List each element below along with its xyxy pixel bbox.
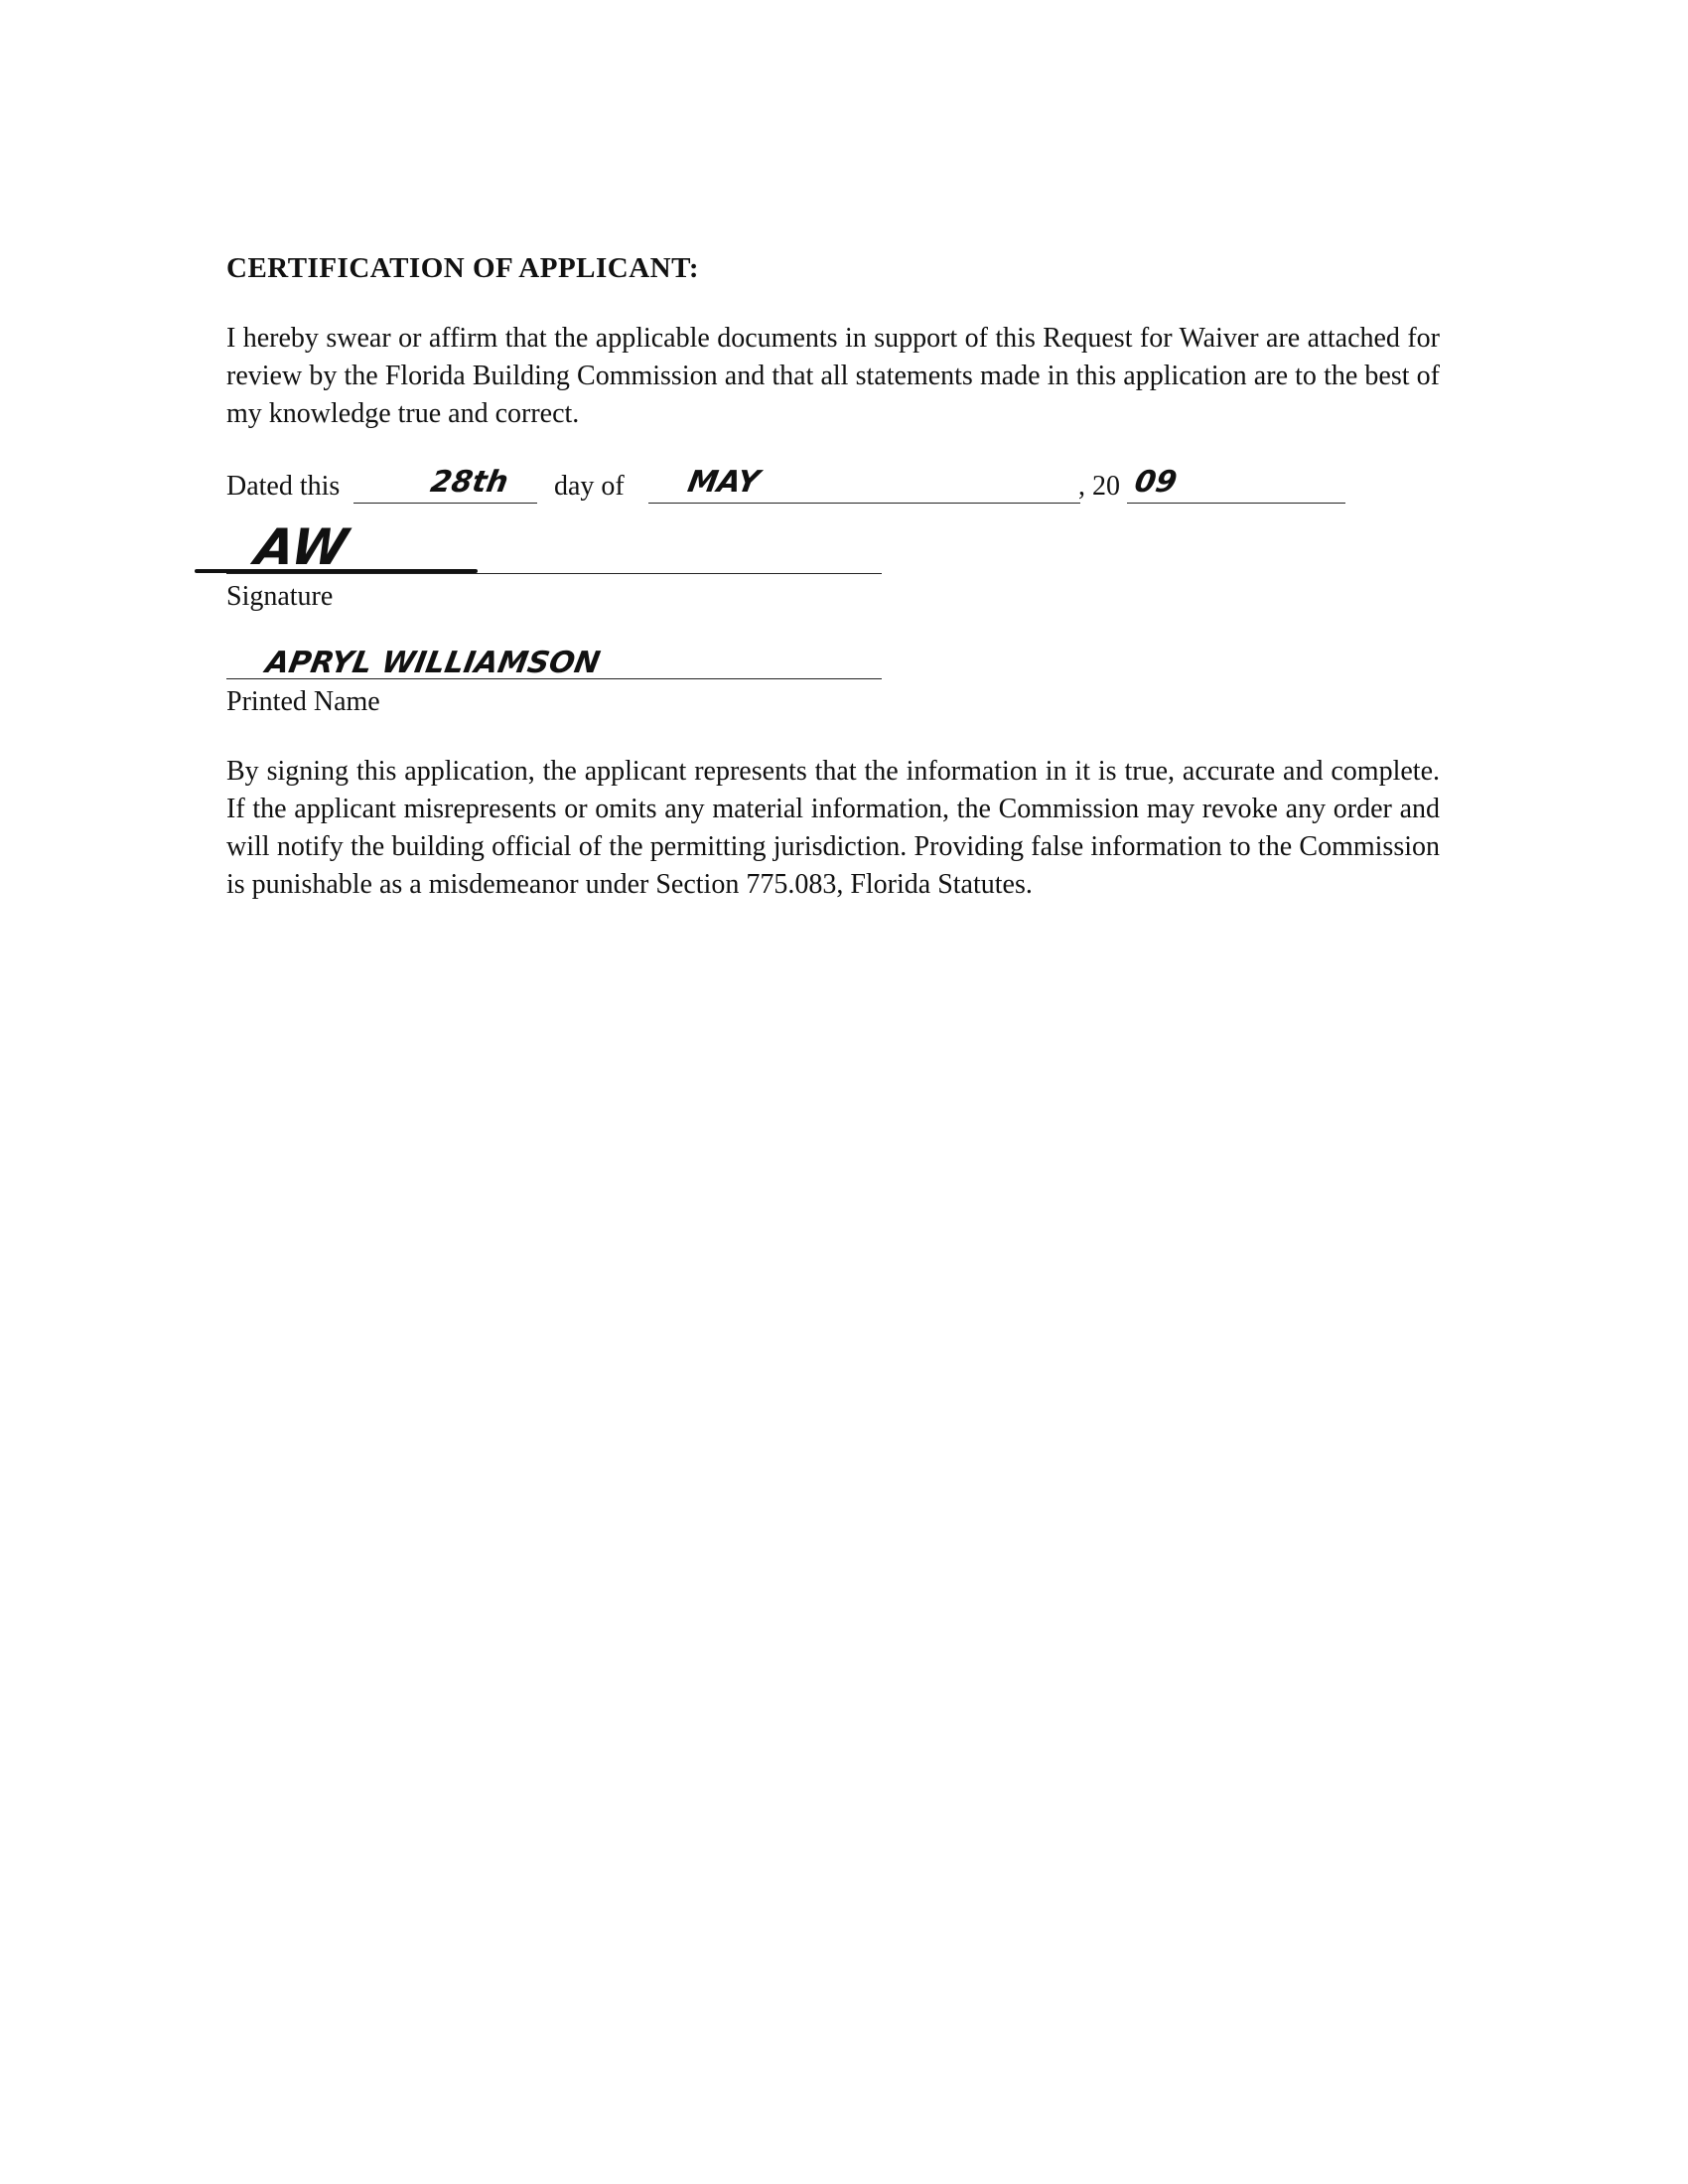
section-heading: CERTIFICATION OF APPLICANT: [226,252,699,285]
year-prefix-label: , 20 [1078,471,1120,503]
document-page: CERTIFICATION OF APPLICANT: I hereby swe… [0,0,1688,2184]
dated-this-label: Dated this [226,471,340,503]
day-value: 28th [428,465,511,500]
printed-name-line[interactable] [226,678,882,679]
month-value: MAY [685,465,763,500]
day-blank[interactable] [353,503,537,504]
printed-name-label: Printed Name [226,686,380,718]
printed-name-value: APRYL WILLIAMSON [263,646,603,680]
signature-line[interactable] [226,573,882,574]
signature-label: Signature [226,581,333,613]
affirmation-statement: I hereby swear or affirm that the applic… [226,320,1440,433]
year-blank[interactable] [1127,503,1345,504]
year-value: 09 [1132,465,1180,500]
date-line: Dated this 28th day of MAY , 20 09 [226,467,1418,507]
disclaimer-paragraph: By signing this application, the applica… [226,753,1440,904]
day-of-label: day of [554,471,625,503]
signature-value: AW [251,518,352,576]
month-blank[interactable] [648,503,1080,504]
